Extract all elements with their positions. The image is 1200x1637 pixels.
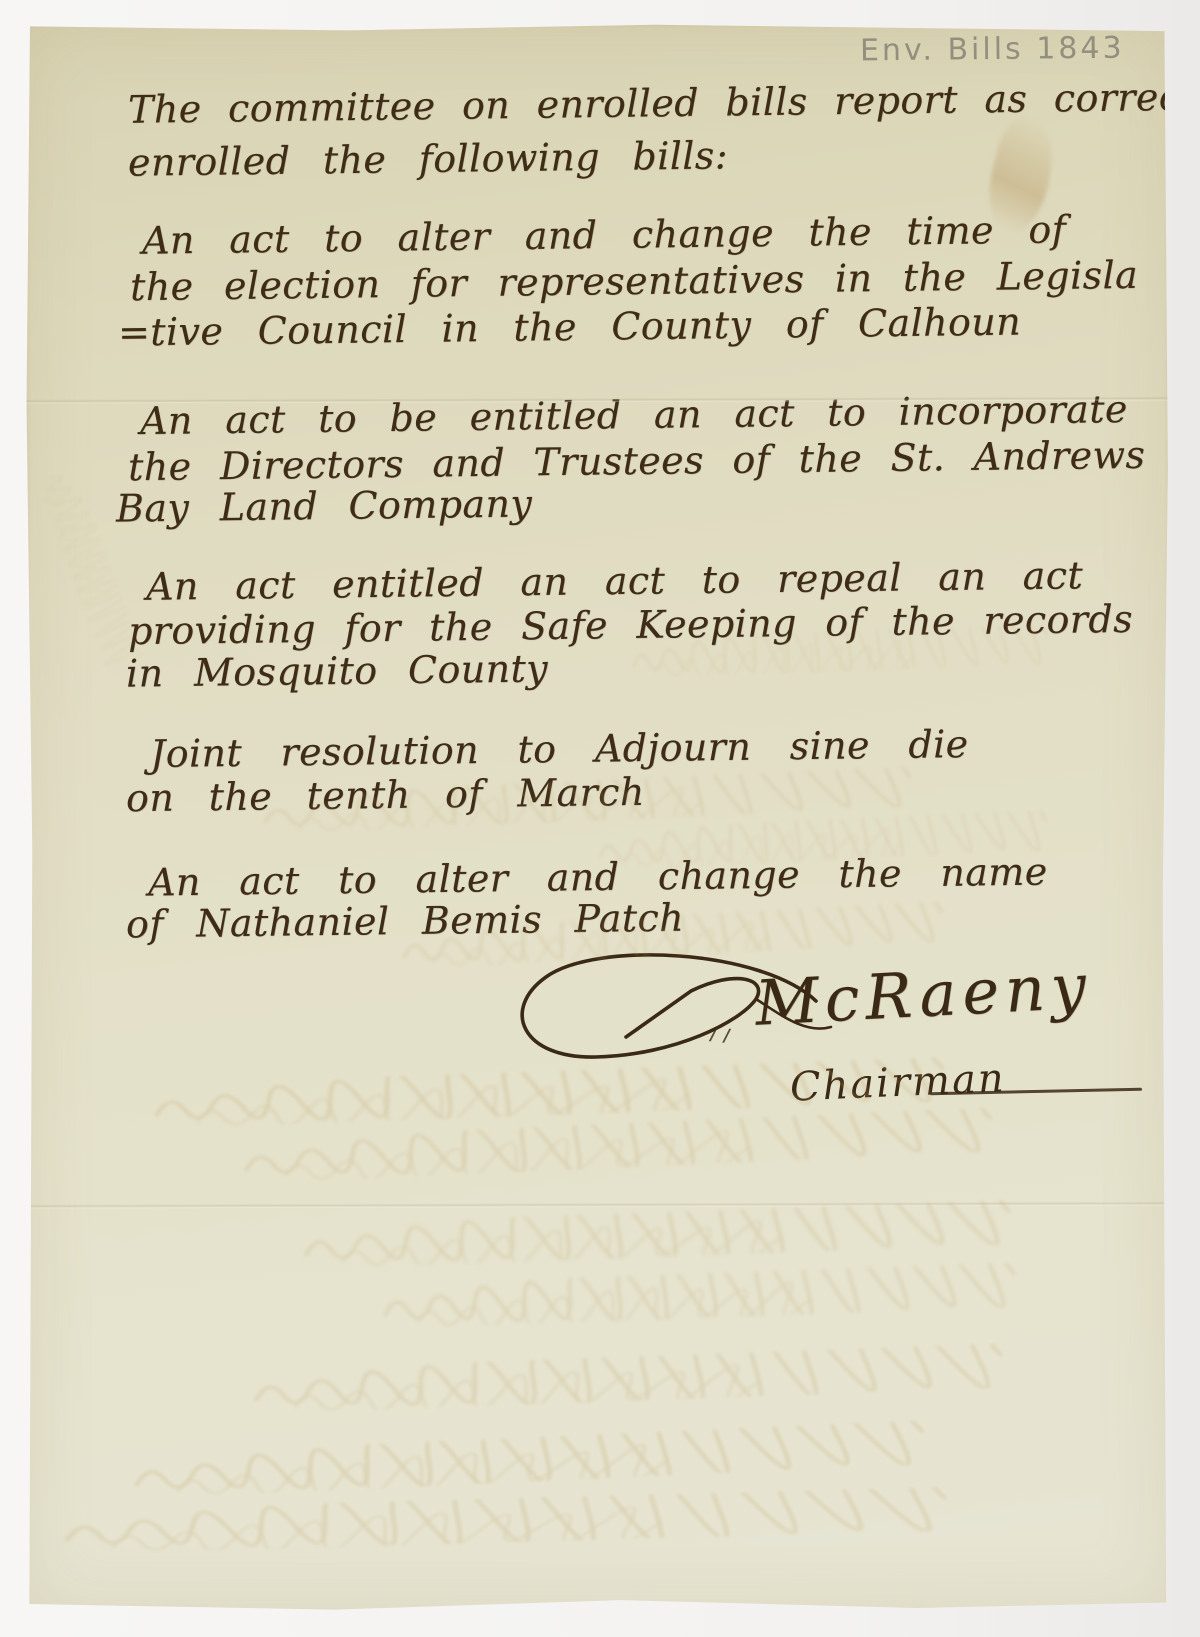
- bleedthrough-writing: [249, 1339, 1150, 1414]
- manuscript-paper: Env. Bills 1843 The committee on enrolle…: [26, 24, 1169, 1612]
- manuscript-line: Joint resolution to Adjourn sine die: [150, 725, 969, 773]
- manuscript-line: Bay Land Company: [116, 484, 533, 527]
- manuscript-line: in Mosquito County: [126, 649, 548, 692]
- manuscript-line: An act to alter and change the time of: [142, 210, 1067, 259]
- bleedthrough-writing: [379, 1258, 1140, 1328]
- archival-note: Env. Bills 1843: [860, 31, 1125, 69]
- manuscript-line: the Directors and Trustees of the St. An…: [128, 436, 1146, 486]
- manuscript-line: enrolled the following bills:: [128, 136, 728, 181]
- scan-page: { "archival_note": { "text": "Env. Bills…: [0, 0, 1200, 1637]
- manuscript-line: the election for representatives in the …: [130, 256, 1138, 306]
- manuscript-line: =tive Council in the County of Calhoun: [118, 302, 1021, 351]
